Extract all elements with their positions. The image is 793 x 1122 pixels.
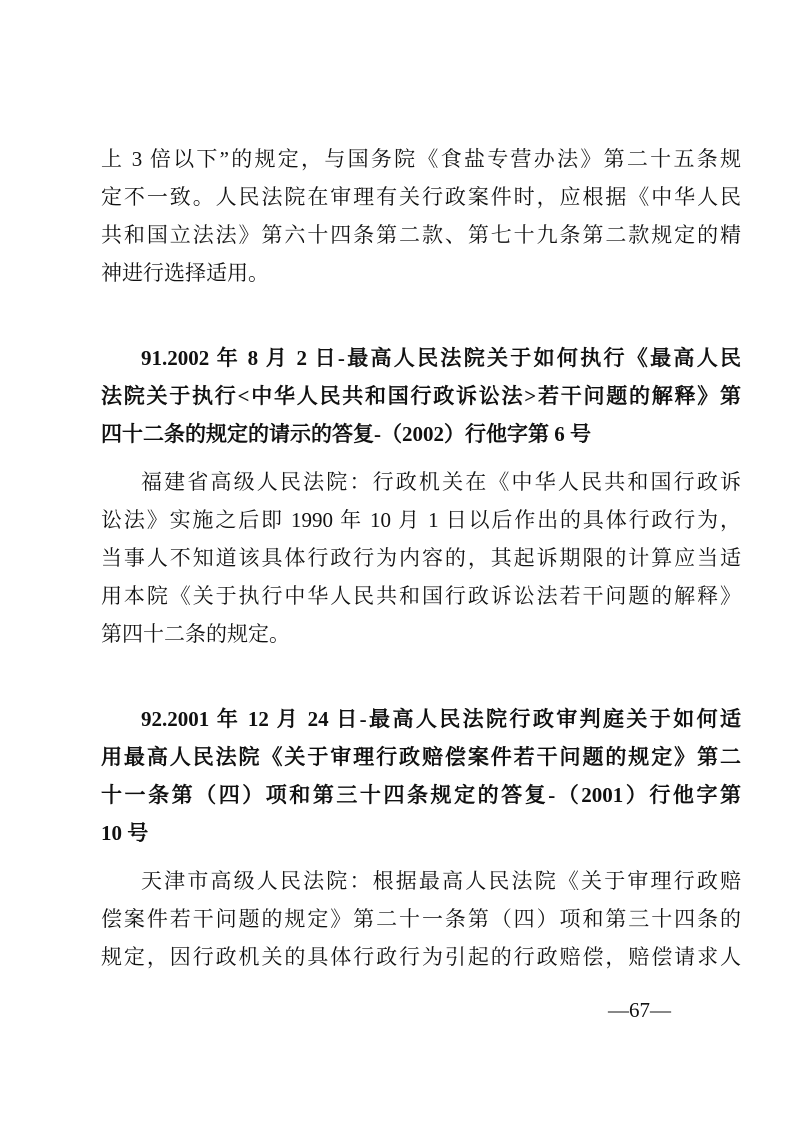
text-line: 讼法》实施之后即 1990 年 10 月 1 日以后作出的具体行政行为， xyxy=(101,501,741,539)
text-line: 92.2001 年 12 月 24 日-最高人民法院行政审判庭关于如何适 xyxy=(101,700,741,738)
text-line: 偿案件若干问题的规定》第二十一条第（四）项和第三十四条的 xyxy=(101,900,741,938)
text-line: 规定，因行政机关的具体行政行为引起的行政赔偿，赔偿请求人 xyxy=(101,938,741,976)
case-heading: 92.2001 年 12 月 24 日-最高人民法院行政审判庭关于如何适用最高人… xyxy=(101,700,741,852)
paragraph: 福建省高级人民法院：行政机关在《中华人民共和国行政诉讼法》实施之后即 1990 … xyxy=(101,463,741,653)
text-line: 上 3 倍以下”的规定，与国务院《食盐专营办法》第二十五条规 xyxy=(101,140,741,178)
paragraph: 上 3 倍以下”的规定，与国务院《食盐专营办法》第二十五条规定不一致。人民法院在… xyxy=(101,140,741,292)
text-line: 定不一致。人民法院在审理有关行政案件时，应根据《中华人民 xyxy=(101,178,741,216)
document-page: 上 3 倍以下”的规定，与国务院《食盐专营办法》第二十五条规定不一致。人民法院在… xyxy=(0,0,793,1122)
text-line: 神进行选择适用。 xyxy=(101,254,741,292)
text-line: 福建省高级人民法院：行政机关在《中华人民共和国行政诉 xyxy=(101,463,741,501)
paragraph: 天津市高级人民法院：根据最高人民法院《关于审理行政赔偿案件若干问题的规定》第二十… xyxy=(101,862,741,976)
document-body: 上 3 倍以下”的规定，与国务院《食盐专营办法》第二十五条规定不一致。人民法院在… xyxy=(101,140,741,976)
text-line: 天津市高级人民法院：根据最高人民法院《关于审理行政赔 xyxy=(101,862,741,900)
text-line: 当事人不知道该具体行政行为内容的，其起诉期限的计算应当适 xyxy=(101,539,741,577)
text-line: 第四十二条的规定。 xyxy=(101,615,741,653)
text-line: 共和国立法法》第六十四条第二款、第七十九条第二款规定的精 xyxy=(101,216,741,254)
text-line: 91.2002 年 8 月 2 日-最高人民法院关于如何执行《最高人民 xyxy=(101,339,741,377)
text-line: 四十二条的规定的请示的答复-（2002）行他字第 6 号 xyxy=(101,415,741,453)
text-line: 十一条第（四）项和第三十四条规定的答复-（2001）行他字第 xyxy=(101,776,741,814)
text-line: 用本院《关于执行中华人民共和国行政诉讼法若干问题的解释》 xyxy=(101,577,741,615)
text-line: 法院关于执行<中华人民共和国行政诉讼法>若干问题的解释》第 xyxy=(101,377,741,415)
text-line: 用最高人民法院《关于审理行政赔偿案件若干问题的规定》第二 xyxy=(101,738,741,776)
text-line: 10 号 xyxy=(101,814,741,852)
page-number: —67— xyxy=(608,995,671,1025)
case-heading: 91.2002 年 8 月 2 日-最高人民法院关于如何执行《最高人民法院关于执… xyxy=(101,339,741,453)
